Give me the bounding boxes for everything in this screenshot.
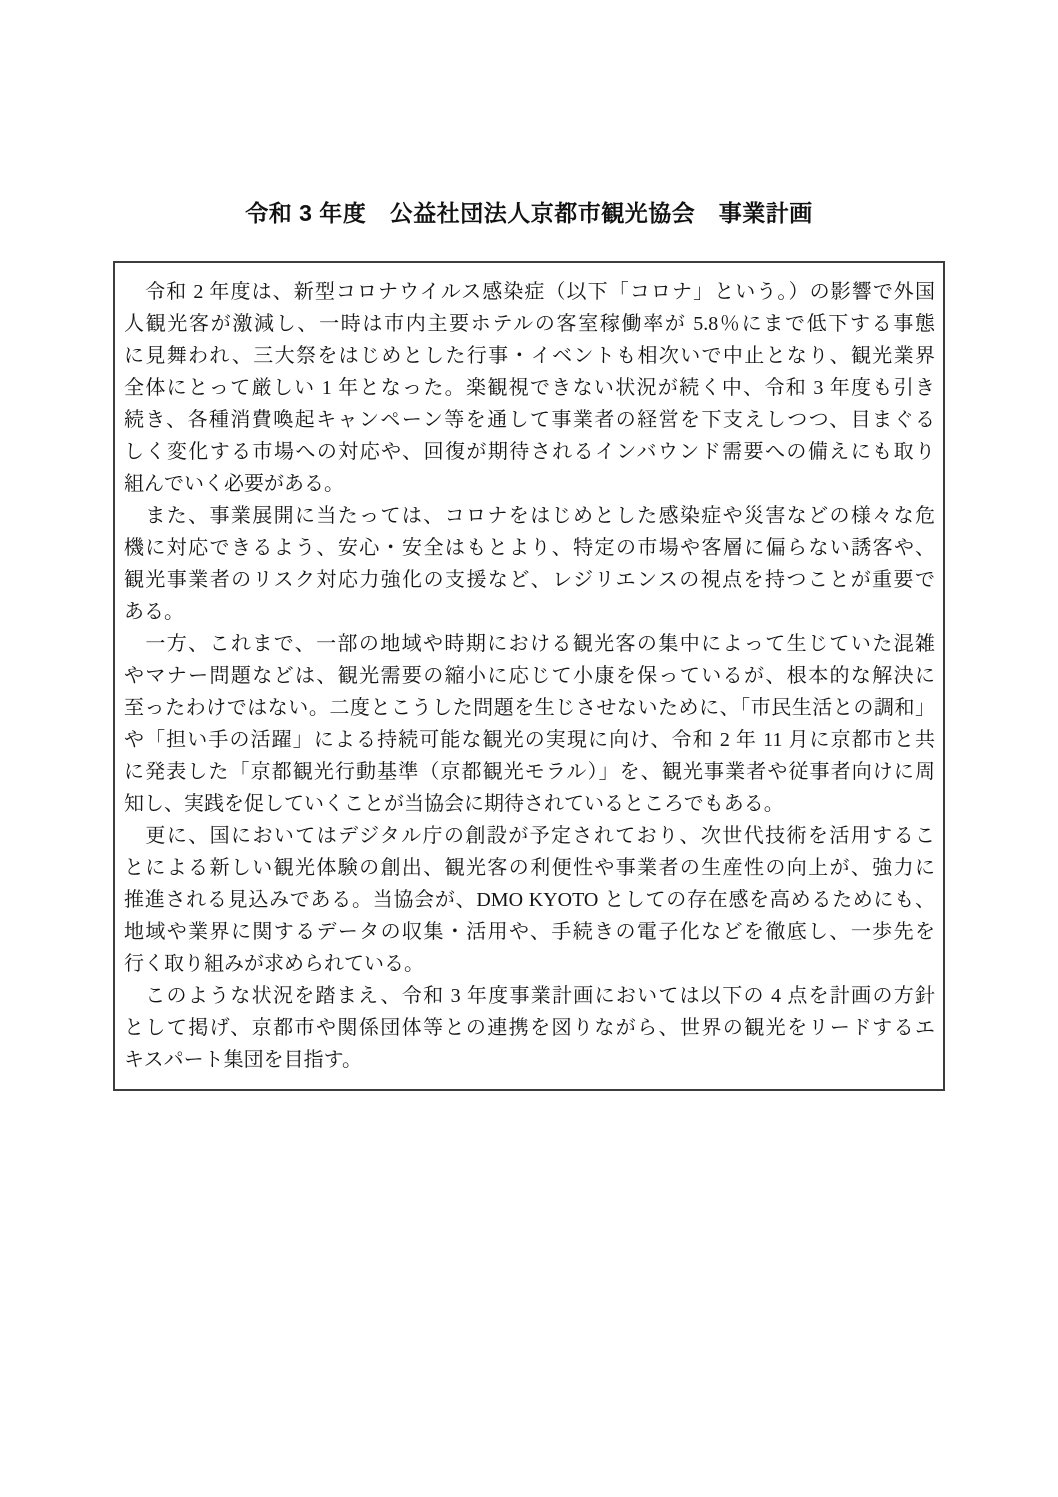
- paragraph: 一方、これまで、一部の地域や時期における観光客の集中によって生じていた混雑やマナ…: [124, 628, 935, 820]
- text-line: 知し、実践を促していくことが当協会に期待されているところでもある。: [124, 788, 935, 820]
- text-line: 人観光客が激減し、一時は市内主要ホテルの客室稼働率が 5.8％にまで低下する事態: [124, 308, 935, 340]
- text-line: しく変化する市場への対応や、回復が期待されるインバウンド需要への備えにも取り: [124, 436, 935, 468]
- text-line: 観光事業者のリスク対応力強化の支援など、レジリエンスの視点を持つことが重要で: [124, 564, 935, 596]
- text-line: に見舞われ、三大祭をはじめとした行事・イベントも相次いで中止となり、観光業界: [124, 340, 935, 372]
- page-title: 令和 3 年度 公益社団法人京都市観光協会 事業計画: [0, 198, 1058, 228]
- text-line: 令和 2 年度は、新型コロナウイルス感染症（以下「コロナ」という。）の影響で外国: [124, 276, 935, 308]
- text-line: 更に、国においてはデジタル庁の創設が予定されており、次世代技術を活用するこ: [124, 820, 935, 852]
- text-line: として掲げ、京都市や関係団体等との連携を図りながら、世界の観光をリードするエ: [124, 1012, 935, 1044]
- paragraph: また、事業展開に当たっては、コロナをはじめとした感染症や災害などの様々な危機に対…: [124, 500, 935, 628]
- text-line: とによる新しい観光体験の創出、観光客の利便性や事業者の生産性の向上が、強力に: [124, 852, 935, 884]
- paragraph: このような状況を踏まえ、令和 3 年度事業計画においては以下の 4 点を計画の方…: [124, 980, 935, 1076]
- text-line: 一方、これまで、一部の地域や時期における観光客の集中によって生じていた混雑: [124, 628, 935, 660]
- document-page: 令和 3 年度 公益社団法人京都市観光協会 事業計画 令和 2 年度は、新型コロ…: [0, 0, 1058, 1497]
- text-line: やマナー問題などは、観光需要の縮小に応じて小康を保っているが、根本的な解決に: [124, 660, 935, 692]
- text-line: に発表した「京都観光行動基準（京都観光モラル）」を、観光事業者や従事者向けに周: [124, 756, 935, 788]
- text-line: キスパート集団を目指す。: [124, 1044, 935, 1076]
- paragraph: 令和 2 年度は、新型コロナウイルス感染症（以下「コロナ」という。）の影響で外国…: [124, 276, 935, 500]
- text-line: 行く取り組みが求められている。: [124, 948, 935, 980]
- text-line: 続き、各種消費喚起キャンペーン等を通して事業者の経営を下支えしつつ、目まぐる: [124, 404, 935, 436]
- text-line: ある。: [124, 596, 935, 628]
- summary-text-box: 令和 2 年度は、新型コロナウイルス感染症（以下「コロナ」という。）の影響で外国…: [113, 261, 945, 1091]
- paragraph: 更に、国においてはデジタル庁の創設が予定されており、次世代技術を活用することによ…: [124, 820, 935, 980]
- text-line: 地域や業界に関するデータの収集・活用や、手続きの電子化などを徹底し、一歩先を: [124, 916, 935, 948]
- text-line: 組んでいく必要がある。: [124, 468, 935, 500]
- text-line: 推進される見込みである。当協会が、DMO KYOTO としての存在感を高めるため…: [124, 884, 935, 916]
- text-line: 機に対応できるよう、安心・安全はもとより、特定の市場や客層に偏らない誘客や、: [124, 532, 935, 564]
- text-line: 至ったわけではない。二度とこうした問題を生じさせないために、「市民生活との調和」: [124, 692, 935, 724]
- text-line: 全体にとって厳しい 1 年となった。楽観視できない状況が続く中、令和 3 年度も…: [124, 372, 935, 404]
- text-line: や「担い手の活躍」による持続可能な観光の実現に向け、令和 2 年 11 月に京都…: [124, 724, 935, 756]
- text-line: また、事業展開に当たっては、コロナをはじめとした感染症や災害などの様々な危: [124, 500, 935, 532]
- text-line: このような状況を踏まえ、令和 3 年度事業計画においては以下の 4 点を計画の方…: [124, 980, 935, 1012]
